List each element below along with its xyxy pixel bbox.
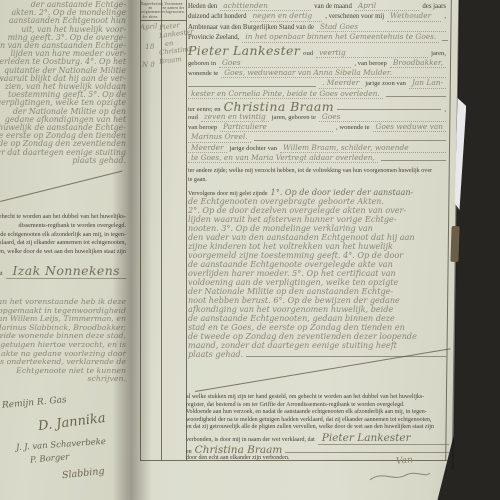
- left-page: der aanstaande Echtge- akten. 2°. Op de …: [0, 0, 128, 500]
- signature: P. Borger: [30, 452, 70, 465]
- printed-label: duizend acht honderd: [188, 12, 247, 21]
- printed-form-line: woordigheid der na te melden getuigen ha…: [186, 417, 449, 425]
- printed-label: oud: [188, 113, 198, 122]
- act-body: Heden den achttienden van de maand April…: [188, 1, 446, 359]
- fill-bride-parents: Willem Braam, schilder, wonende: [280, 143, 446, 153]
- margin-spouse-names: Pieter Lankester en Christina Braam: [159, 22, 189, 64]
- printed-label: des jaars: [422, 2, 446, 11]
- printed-form-line: al welke stukken mij zijn ter hand geste…: [186, 394, 449, 402]
- closing-paragraph: al welke stukken mij zijn ter hand geste…: [186, 394, 449, 463]
- opening-line: Ambtenaar van den Burgerlijken Stand van…: [188, 22, 446, 32]
- printed-label: jarige zoon van: [365, 79, 406, 88]
- form-rule-vertical: [140, 0, 141, 460]
- margin-day: 18: [145, 42, 155, 51]
- form-rule-vertical: [161, 0, 162, 460]
- margin-act-number: N 8: [142, 61, 155, 69]
- signature: Slabbing: [62, 466, 106, 481]
- bride-line: Meerder jarige dochter van Willem Braam,…: [188, 143, 446, 153]
- blank-rule: [246, 356, 446, 357]
- printed-label: van de maand: [314, 2, 352, 11]
- opening-line: duizend acht honderd negen en dertig , v…: [188, 11, 446, 21]
- fill-bride-age: zeven en twintig: [201, 112, 269, 122]
- manuscript-line: schrijven.: [87, 375, 126, 384]
- fill-bride-parents: te Goes, en van Maria Vertregt aldaar ov…: [188, 153, 378, 163]
- blank-rule: [337, 109, 441, 110]
- fill-municipality: Stad Goes: [317, 22, 446, 32]
- manuscript-line: plaats gehad.: [188, 350, 446, 359]
- blank-rule: [386, 96, 446, 97]
- manuscript-line: plaats gehad.: [72, 157, 126, 165]
- margin-month: April: [140, 22, 158, 31]
- printed-label: ,: [444, 12, 446, 21]
- blank-rule: [285, 452, 449, 453]
- groom-name-line-previous-act: is door mij in naam der wet, dat Izak No…: [0, 262, 126, 280]
- catchword: Van: [396, 455, 414, 467]
- opening-line: Heden den achttienden van de maand April…: [188, 1, 446, 11]
- manuscript-fragment: plaats gehad.: [188, 350, 243, 359]
- fill-meerderjarig: Meerder: [188, 143, 227, 153]
- fill-groom-residence: Goes, weduwenaar van Anna Sibella Mulder…: [221, 68, 446, 78]
- printed-label: , verschenen voor mij: [325, 12, 384, 21]
- fill-groom-birthplace: Goes: [219, 58, 351, 68]
- blank-space-stroke: [0, 171, 122, 202]
- fill-bride-late-husband: Marinus Oreel.: [188, 132, 251, 142]
- bride-line: van beroep Particuliere , wonende te Goe…: [188, 122, 446, 132]
- bride-line: ter eenre; en Christina Braam ,: [188, 99, 446, 112]
- signature: D. Jannika: [37, 411, 106, 434]
- printed-label: , van beroep: [354, 59, 386, 68]
- fill-month: April: [355, 1, 420, 11]
- printed-label: verbonden, is door mij in naam der wet v…: [186, 437, 315, 443]
- fill-meerderjarig: . Meerder: [319, 78, 362, 88]
- printed-label: wonende te: [188, 69, 218, 78]
- groom-name-script: Pieter Lankester: [188, 43, 300, 58]
- opening-line: Provincie Zeeland, in het openbaar binne…: [188, 32, 446, 42]
- printed-form-line: dissements-regtbank te worden overgelegd…: [19, 222, 126, 231]
- bride-line: Marinus Oreel.: [188, 132, 446, 142]
- right-page: Dagteekening en volgnommer der akten. Vo…: [128, 0, 459, 500]
- fill-groom-occupation: Broodbakker,: [390, 58, 446, 68]
- printed-label: Heden den: [188, 2, 217, 11]
- printed-label: Ambtenaar van den Burgerlijken Stand van…: [188, 23, 314, 32]
- groom-line: geboren in Goes , van beroep Broodbakker…: [188, 58, 446, 68]
- printed-label: , wonende te: [336, 123, 370, 132]
- fill-bride-birthplace: Goes: [319, 112, 446, 122]
- printed-label: oud: [303, 50, 313, 57]
- paraph-flourish-icon: [368, 468, 432, 484]
- left-handwritten-top-block: der aanstaande Echtge- akten. 2°. Op de …: [0, 1, 126, 167]
- fill-groom-parents: Jan Lan-: [409, 78, 446, 88]
- signature: Remijn R. Gas: [2, 395, 67, 411]
- fill-bride-occupation: Particuliere: [220, 122, 333, 132]
- groom-line: kester en Cornelia Pinte, beide te Goes …: [188, 89, 446, 99]
- printed-label: Provincie Zeeland,: [188, 33, 239, 42]
- printed-form-line: aande echtgenooten elk afzonderlijk aan …: [0, 231, 126, 240]
- margin-column-header-date: Dagteekening en volgnommer der akten.: [141, 2, 161, 19]
- printed-form-line: Voldoende aan hun verzoek, en nadat de a…: [186, 409, 449, 417]
- binding-tab: [450, 226, 459, 262]
- groom-name-script-previous: Izak Nonnekens: [6, 263, 126, 279]
- blank-rule: [381, 160, 446, 161]
- fill-bride-residence: Goes weduwe van: [373, 122, 446, 132]
- signature: J. J. van Schaverbeke: [16, 437, 107, 453]
- printed-label: jaren,: [431, 50, 446, 57]
- consent-printed-line: te gaan.: [188, 176, 446, 184]
- fill-location: in het openbaar binnen het Gemeentehuis …: [242, 32, 439, 42]
- groom-line: Pieter Lankester oud veertig jaren,: [188, 43, 446, 58]
- blank-rule: [254, 140, 446, 141]
- printed-label: van beroep: [188, 123, 217, 132]
- margin-column-header-names: Voornamen en namen der echtgenooten.: [162, 2, 185, 15]
- blank-rule: [442, 40, 448, 41]
- printed-form-line: verklaard, dat zij elkander aannemen tot…: [0, 239, 126, 248]
- fill-day: achttienden: [220, 1, 311, 11]
- printed-form-line: gehecht te worden aan het dubbel van het…: [0, 213, 126, 222]
- blank-rule: [188, 86, 316, 87]
- groom-line: wonende te Goes, weduwenaar van Anna Sib…: [188, 68, 446, 78]
- printed-label: jaren, geboren te: [272, 113, 316, 122]
- register-book-scan: der aanstaande Echtge- akten. 2°. Op de …: [0, 0, 500, 500]
- left-printed-block: gehecht te worden aan het dubbel van het…: [0, 213, 126, 293]
- printed-form-line: en dat zij getrouwelijk alle de pligten …: [186, 424, 449, 432]
- form-rule-vertical: [186, 0, 187, 460]
- groom-line: . Meerder jarige zoon van Jan Lan-: [188, 78, 446, 88]
- printed-form-fragment: is door mij in naam der wet, dat: [0, 270, 2, 277]
- declaration-groom-line: verbonden, is door mij in naam der wet v…: [186, 432, 449, 444]
- fill-official: Wethouder: [387, 11, 441, 21]
- printed-label: jarige dochter van: [230, 144, 278, 153]
- fill-groom-age: veertig: [316, 48, 428, 58]
- fill-year: negen en dertig: [250, 11, 323, 21]
- groom-name-script: Pieter Lankester: [318, 432, 449, 445]
- declaration-bride-line: en Christina Braam: [186, 444, 449, 455]
- left-handwritten-mid-block: van het vorenstaande heb ik deze akte op…: [0, 298, 126, 388]
- consent-printed-line: ter andere zijde; welke mij verzocht heb…: [188, 167, 446, 175]
- fill-groom-parents: kester en Cornelia Pinte, beide te Goes …: [188, 89, 383, 99]
- printed-label: geboren in: [188, 59, 216, 68]
- bride-line: te Goes, en van Maria Vertregt aldaar ov…: [188, 153, 446, 163]
- printed-form-line: vervullen, welke door de wet aan den huw…: [0, 248, 126, 257]
